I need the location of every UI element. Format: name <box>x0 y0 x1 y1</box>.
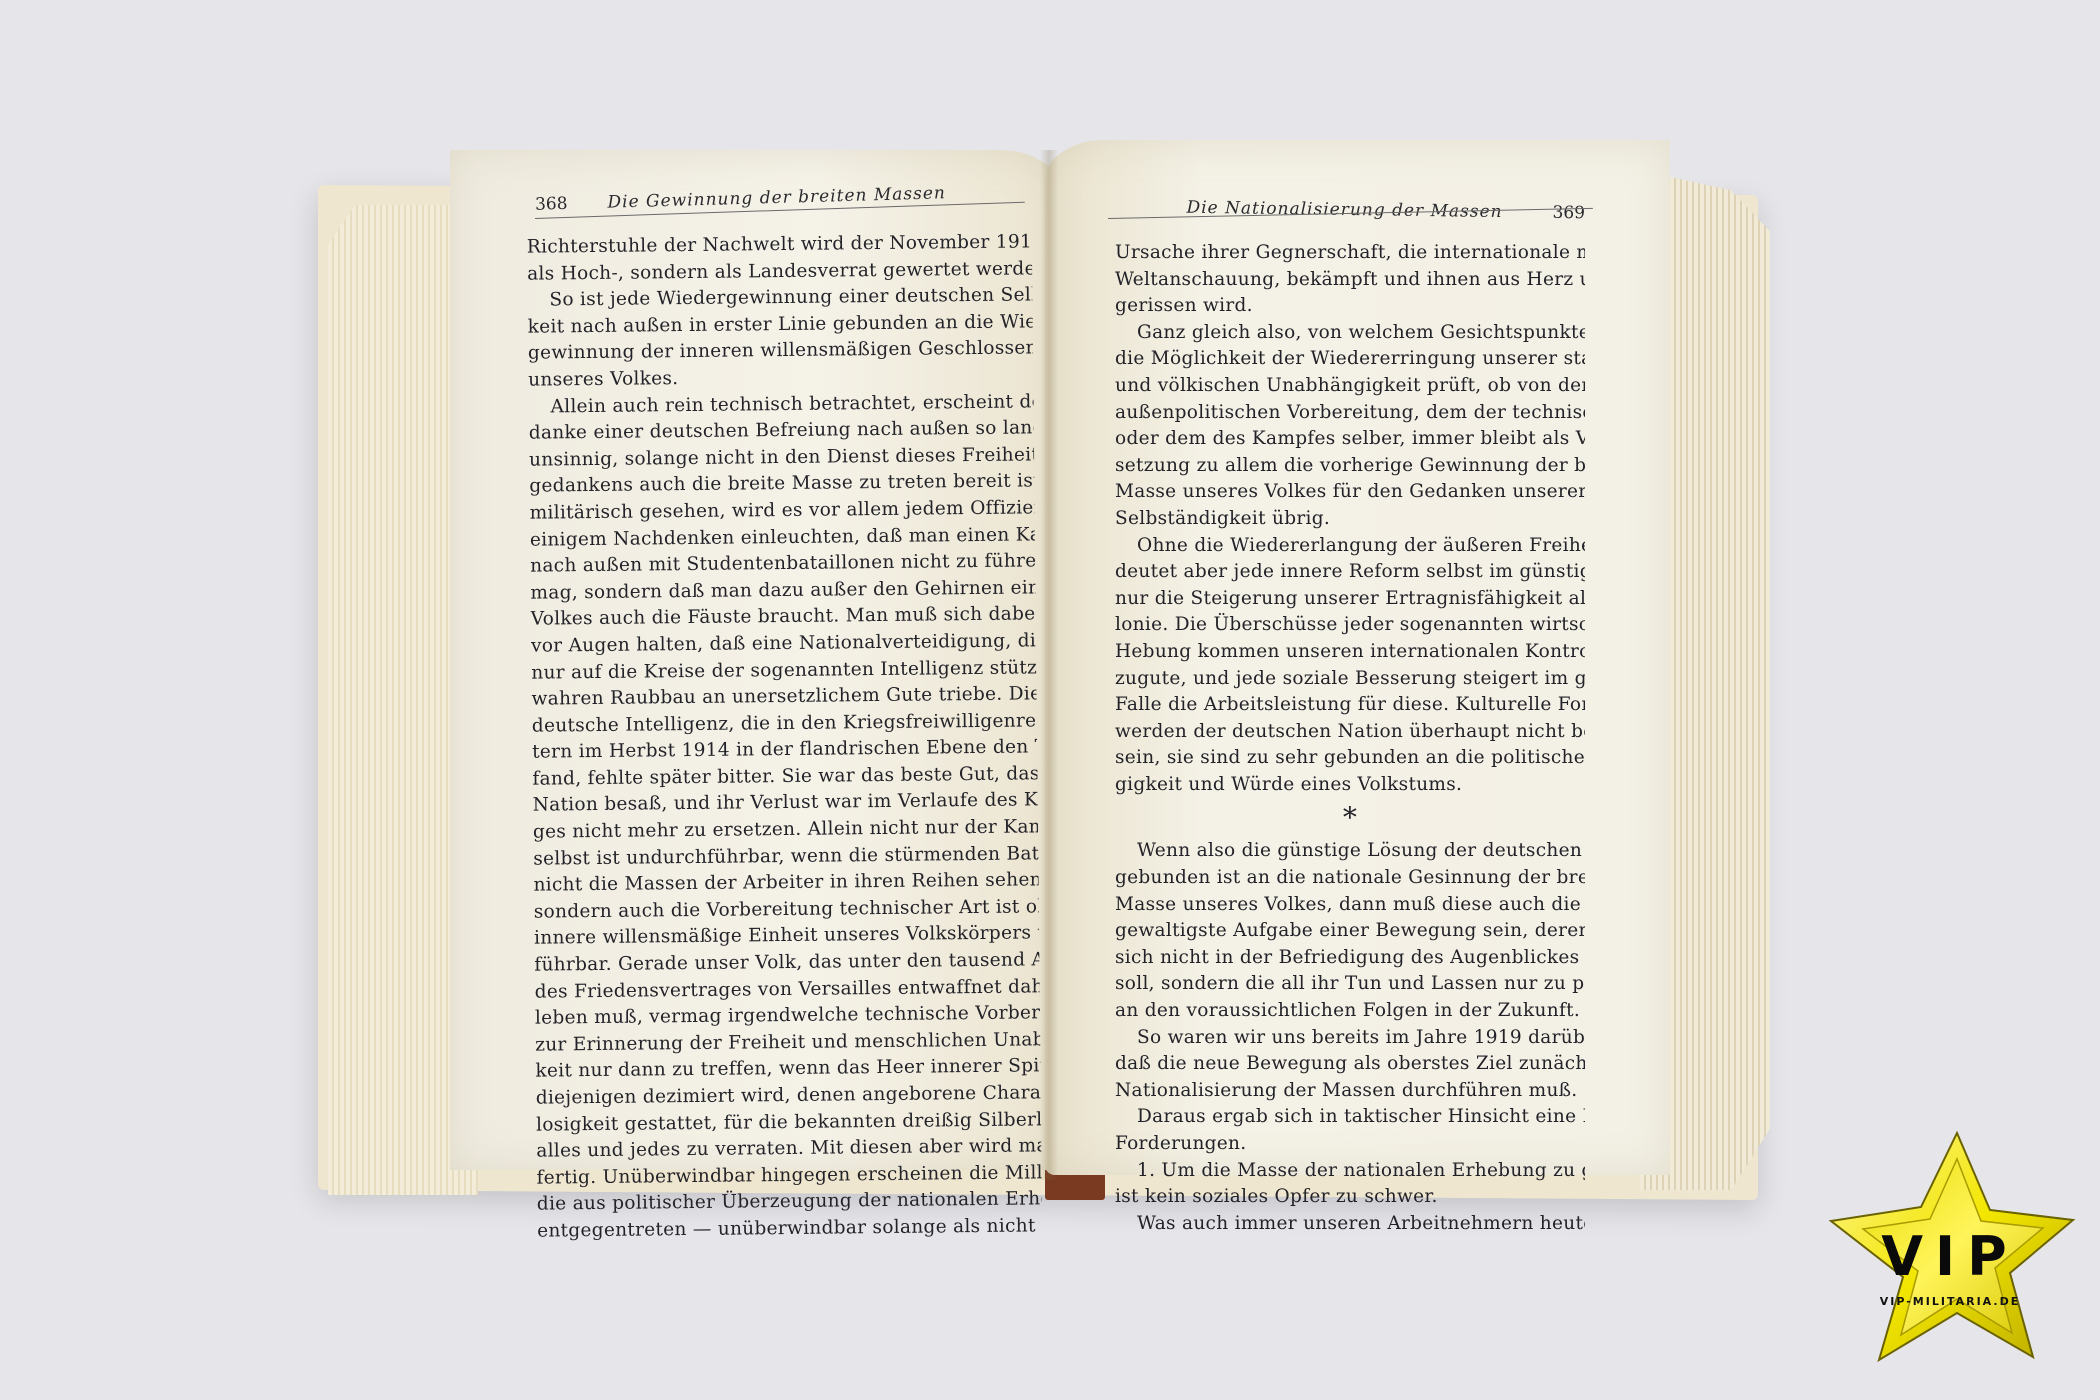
text-line: 1. Um die Masse der nationalen Erhebung … <box>1115 1158 1585 1185</box>
text-line: zugute, und jede soziale Besserung steig… <box>1115 666 1585 693</box>
text-line: Ursache ihrer Gegnerschaft, die internat… <box>1115 240 1585 267</box>
left-page-body: Richterstuhle der Nachwelt wird der Nove… <box>527 229 1043 1245</box>
text-line: Forderungen. <box>1115 1131 1585 1158</box>
text-line: Selbständigkeit übrig. <box>1115 506 1585 533</box>
text-line: Hebung kommen unseren internationalen Ko… <box>1115 639 1585 666</box>
right-page-body: Ursache ihrer Gegnerschaft, die internat… <box>1115 240 1585 1237</box>
text-line: die Möglichkeit der Wiedererringung unse… <box>1115 346 1585 373</box>
text-line: So waren wir uns bereits im Jahre 1919 d… <box>1115 1025 1585 1052</box>
text-line: nur die Steigerung unserer Ertragnisfähi… <box>1115 586 1585 613</box>
text-line: setzung zu allem die vorherige Gewinnung… <box>1115 453 1585 480</box>
text-line: Weltanschauung, bekämpft und ihnen aus H… <box>1115 267 1585 294</box>
text-line: soll, sondern die all ihr Tun und Lassen… <box>1115 971 1585 998</box>
text-line: ist kein soziales Opfer zu schwer. <box>1115 1184 1585 1211</box>
page-number-right: 369 <box>1552 203 1585 223</box>
text-line: gerissen wird. <box>1115 293 1585 320</box>
text-line: Was auch immer unseren Arbeitnehmern heu… <box>1115 1211 1585 1238</box>
text-line: gewaltigste Aufgabe einer Bewegung sein,… <box>1115 918 1585 945</box>
book-gutter <box>1040 150 1058 1180</box>
text-line: oder dem des Kampfes selber, immer bleib… <box>1115 426 1585 453</box>
text-line: entgegentreten — unüberwindbar solange a… <box>537 1213 1042 1245</box>
text-line: deutet aber jede innere Reform selbst im… <box>1115 559 1585 586</box>
text-line: sein, sie sind zu sehr gebunden an die p… <box>1115 745 1585 772</box>
text-line: Wenn also die günstige Lösung der deutsc… <box>1115 838 1585 865</box>
text-line: Masse unseres Volkes für den Gedanken un… <box>1115 479 1585 506</box>
text-line: gigkeit und Würde eines Volkstums. <box>1115 772 1585 799</box>
text-line: Nationalisierung der Massen durchführen … <box>1115 1078 1585 1105</box>
photo-scene: 368 Die Gewinnung der breiten Massen Die… <box>0 0 2100 1400</box>
text-line: Masse unseres Volkes, dann muß diese auc… <box>1115 892 1585 919</box>
section-separator: * <box>1115 798 1585 838</box>
text-line: gebunden ist an die nationale Gesinnung … <box>1115 865 1585 892</box>
text-line: Ganz gleich also, von welchem Gesichtspu… <box>1115 320 1585 347</box>
logo-url-text: VIP-MILITARIA.DE <box>1815 1295 2085 1308</box>
text-line: an den voraussichtlichen Folgen in der Z… <box>1115 998 1585 1025</box>
text-line: Ohne die Wiedererlangung der äußeren Fre… <box>1115 533 1585 560</box>
page-number-left: 368 <box>535 194 568 215</box>
text-line: lonie. Die Überschüsse jeder sogenannten… <box>1115 612 1585 639</box>
text-line: Falle die Arbeitsleistung für diese. Kul… <box>1115 692 1585 719</box>
logo-main-text: VIP <box>1815 1225 2085 1288</box>
text-line: gewinnung der inneren willensmäßigen Ges… <box>528 336 1033 368</box>
vip-star-logo: VIP VIP-MILITARIA.DE <box>1815 1125 2085 1375</box>
text-line: und völkischen Unabhängigkeit prüft, ob … <box>1115 373 1585 400</box>
text-line: außenpolitischen Vorbereitung, dem der t… <box>1115 400 1585 427</box>
text-line: sich nicht in der Befriedigung des Augen… <box>1115 945 1585 972</box>
text-line: Daraus ergab sich in taktischer Hinsicht… <box>1115 1104 1585 1131</box>
text-line: daß die neue Bewegung als oberstes Ziel … <box>1115 1051 1585 1078</box>
text-line: werden der deutschen Nation überhaupt ni… <box>1115 719 1585 746</box>
